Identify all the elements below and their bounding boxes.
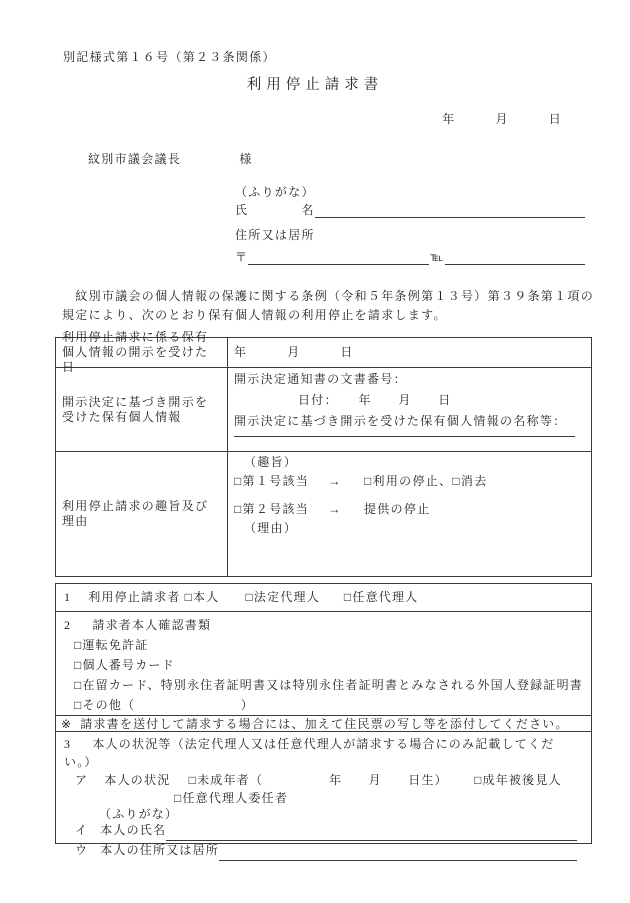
section1-title: 利用停止請求者 — [88, 590, 180, 605]
identity-docs-row: 2 請求者本人確認書類 □運転免許証 □個人番号カード □在留カード、特別永住者… — [56, 612, 591, 716]
principal-status-row: 3 本人の状況等（法定代理人又は任意代理人が請求する場合にのみ記載してくだい。）… — [56, 732, 591, 843]
note-row: ※ 請求書を送付して請求する場合には、加えて住民票の写し等を添付してください。 — [56, 716, 591, 732]
name-field-line[interactable] — [315, 203, 585, 218]
date-line: 年 月 日 — [442, 112, 562, 127]
item2-result: 提供の停止 — [364, 502, 431, 516]
checkbox-residence-card[interactable]: □在留カード、特別永住者証明書又は特別永住者証明書とみなされる外国人登録証明書 — [64, 675, 583, 695]
furigana-label: （ふりがな） — [99, 807, 577, 821]
arrow-icon: → — [328, 474, 341, 488]
addressee-line: 紋別市議会議長 様 — [88, 152, 253, 167]
requester-table: 1 利用停止請求者 □本人 □法定代理人 □任意代理人 2 請求者本人確認書類 … — [55, 583, 592, 844]
status-line: ア 本人の状況 □未成年者（ 年 月 日生） □成年被後見人 — [64, 771, 577, 789]
section3-number: 3 — [64, 737, 71, 751]
item-i-label: 本人の氏名 — [100, 821, 166, 841]
item-a-label: 本人の状況 — [104, 773, 170, 787]
doc-date-label: 日付： 年 月 日 — [234, 390, 585, 411]
section3-title: 本人の状況等（法定代理人又は任意代理人が請求する場合にのみ記載してくだい。） — [64, 737, 554, 769]
item-i-number: イ — [75, 821, 88, 841]
applicant-block: （ふりがな） 氏 名 住所又は居所 〒 ℡ — [235, 185, 585, 265]
name-row: 氏 名 — [235, 203, 585, 218]
addressee-name: 紋別市議会議長 — [88, 152, 235, 167]
reason-header: （理由） — [234, 519, 585, 538]
body-paragraph: 紋別市議会の個人情報の保護に関する条例（令和５年条例第１３号）第３９条第１項の … — [62, 287, 602, 325]
body-line-1: 紋別市議会の個人情報の保護に関する条例（令和５年条例第１３号）第３９条第１項の — [62, 287, 602, 306]
checkbox-item1-result[interactable]: □利用の停止、□消去 — [364, 474, 488, 488]
section1-number: 1 — [64, 590, 71, 605]
purpose-option2-line: □第２号該当 → 提供の停止 — [234, 500, 585, 519]
checkbox-my-number-card[interactable]: □個人番号カード — [64, 655, 583, 675]
postal-field-line[interactable] — [248, 250, 429, 265]
principal-name-field-line[interactable] — [166, 821, 577, 841]
checkbox-adult-ward[interactable]: □成年被後見人 — [474, 773, 562, 787]
postal-mark-icon: 〒 — [235, 250, 248, 265]
furigana-label: （ふりがな） — [235, 185, 585, 200]
arrow-icon: → — [328, 502, 341, 516]
doc-number-label: 開示決定通知書の文書番号： — [234, 369, 585, 390]
form-number: 別記様式第１６号（第２３条関係） — [63, 50, 276, 65]
name-label: 氏 名 — [235, 203, 315, 218]
requester-row: 1 利用停止請求者 □本人 □法定代理人 □任意代理人 — [56, 584, 591, 612]
checkbox-drivers-license[interactable]: □運転免許証 — [64, 635, 583, 655]
address-label: 住所又は居所 — [235, 228, 585, 243]
page-title: 利用停止請求書 — [0, 78, 630, 93]
item-a-number: ア — [75, 773, 88, 787]
table1-row1-label: 利用停止請求に係る保有個人情報の開示を受けた日 — [56, 338, 228, 368]
principal-address-line: ウ 本人の住所又は居所 — [64, 841, 577, 861]
checkbox-requester-voluntary-rep[interactable]: □任意代理人 — [344, 590, 418, 605]
info-name-label: 開示決定に基づき開示を受けた保有個人情報の名称等： — [234, 411, 585, 432]
note-mark: ※ — [61, 717, 72, 731]
tel-mark-icon: ℡ — [430, 250, 444, 265]
form-page: 別記様式第１６号（第２３条関係） 利用停止請求書 年 月 日 紋別市議会議長 様… — [0, 0, 630, 903]
checkbox-item2[interactable]: □第２号該当 — [234, 502, 309, 516]
postal-row: 〒 ℡ — [235, 250, 585, 265]
table1-row2-label: 開示決定に基づき開示を受けた保有個人情報 — [56, 368, 228, 452]
checkbox-requester-legal-rep[interactable]: □法定代理人 — [245, 590, 319, 605]
section2-number: 2 — [64, 618, 71, 632]
tel-field-line[interactable] — [445, 250, 585, 265]
principal-name-line: イ 本人の氏名 — [64, 821, 577, 841]
section2-heading: 2 請求者本人確認書類 — [64, 615, 583, 635]
section2-title: 請求者本人確認書類 — [92, 618, 211, 632]
table1-row3-value: （趣旨） □第１号該当 → □利用の停止、□消去 □第２号該当 → 提供の停止 … — [228, 452, 591, 576]
body-line-2: 規定により、次のとおり保有個人情報の利用停止を請求します。 — [62, 306, 602, 325]
checkbox-requester-self[interactable]: □本人 — [185, 590, 220, 605]
checkbox-item1[interactable]: □第１号該当 — [234, 474, 309, 488]
purpose-option1-line: □第１号該当 → □利用の停止、□消去 — [234, 472, 585, 491]
honorific: 様 — [239, 152, 252, 166]
table1-row2-value: 開示決定通知書の文書番号： 日付： 年 月 日 開示決定に基づき開示を受けた保有… — [228, 368, 591, 452]
checkbox-voluntary-delegate[interactable]: □任意代理人委任者 — [174, 789, 577, 807]
table1-row1-date-field[interactable]: 年 月 日 — [228, 338, 591, 368]
item-u-number: ウ — [75, 841, 88, 861]
disclosure-table: 利用停止請求に係る保有個人情報の開示を受けた日 年 月 日 開示決定に基づき開示… — [55, 337, 592, 577]
section3-heading: 3 本人の状況等（法定代理人又は任意代理人が請求する場合にのみ記載してくだい。） — [64, 735, 577, 771]
checkbox-other[interactable]: □その他（ ） — [64, 695, 583, 715]
note-text: 請求書を送付して請求する場合には、加えて住民票の写し等を添付してください。 — [80, 717, 568, 731]
table1-row3-label: 利用停止請求の趣旨及び理由 — [56, 452, 228, 576]
info-name-field-line[interactable] — [234, 432, 575, 437]
checkbox-minor[interactable]: □未成年者（ 年 月 日生） — [189, 773, 448, 787]
purpose-header: （趣旨） — [234, 453, 585, 472]
item-u-label: 本人の住所又は居所 — [100, 841, 219, 861]
principal-address-field-line[interactable] — [219, 841, 577, 861]
